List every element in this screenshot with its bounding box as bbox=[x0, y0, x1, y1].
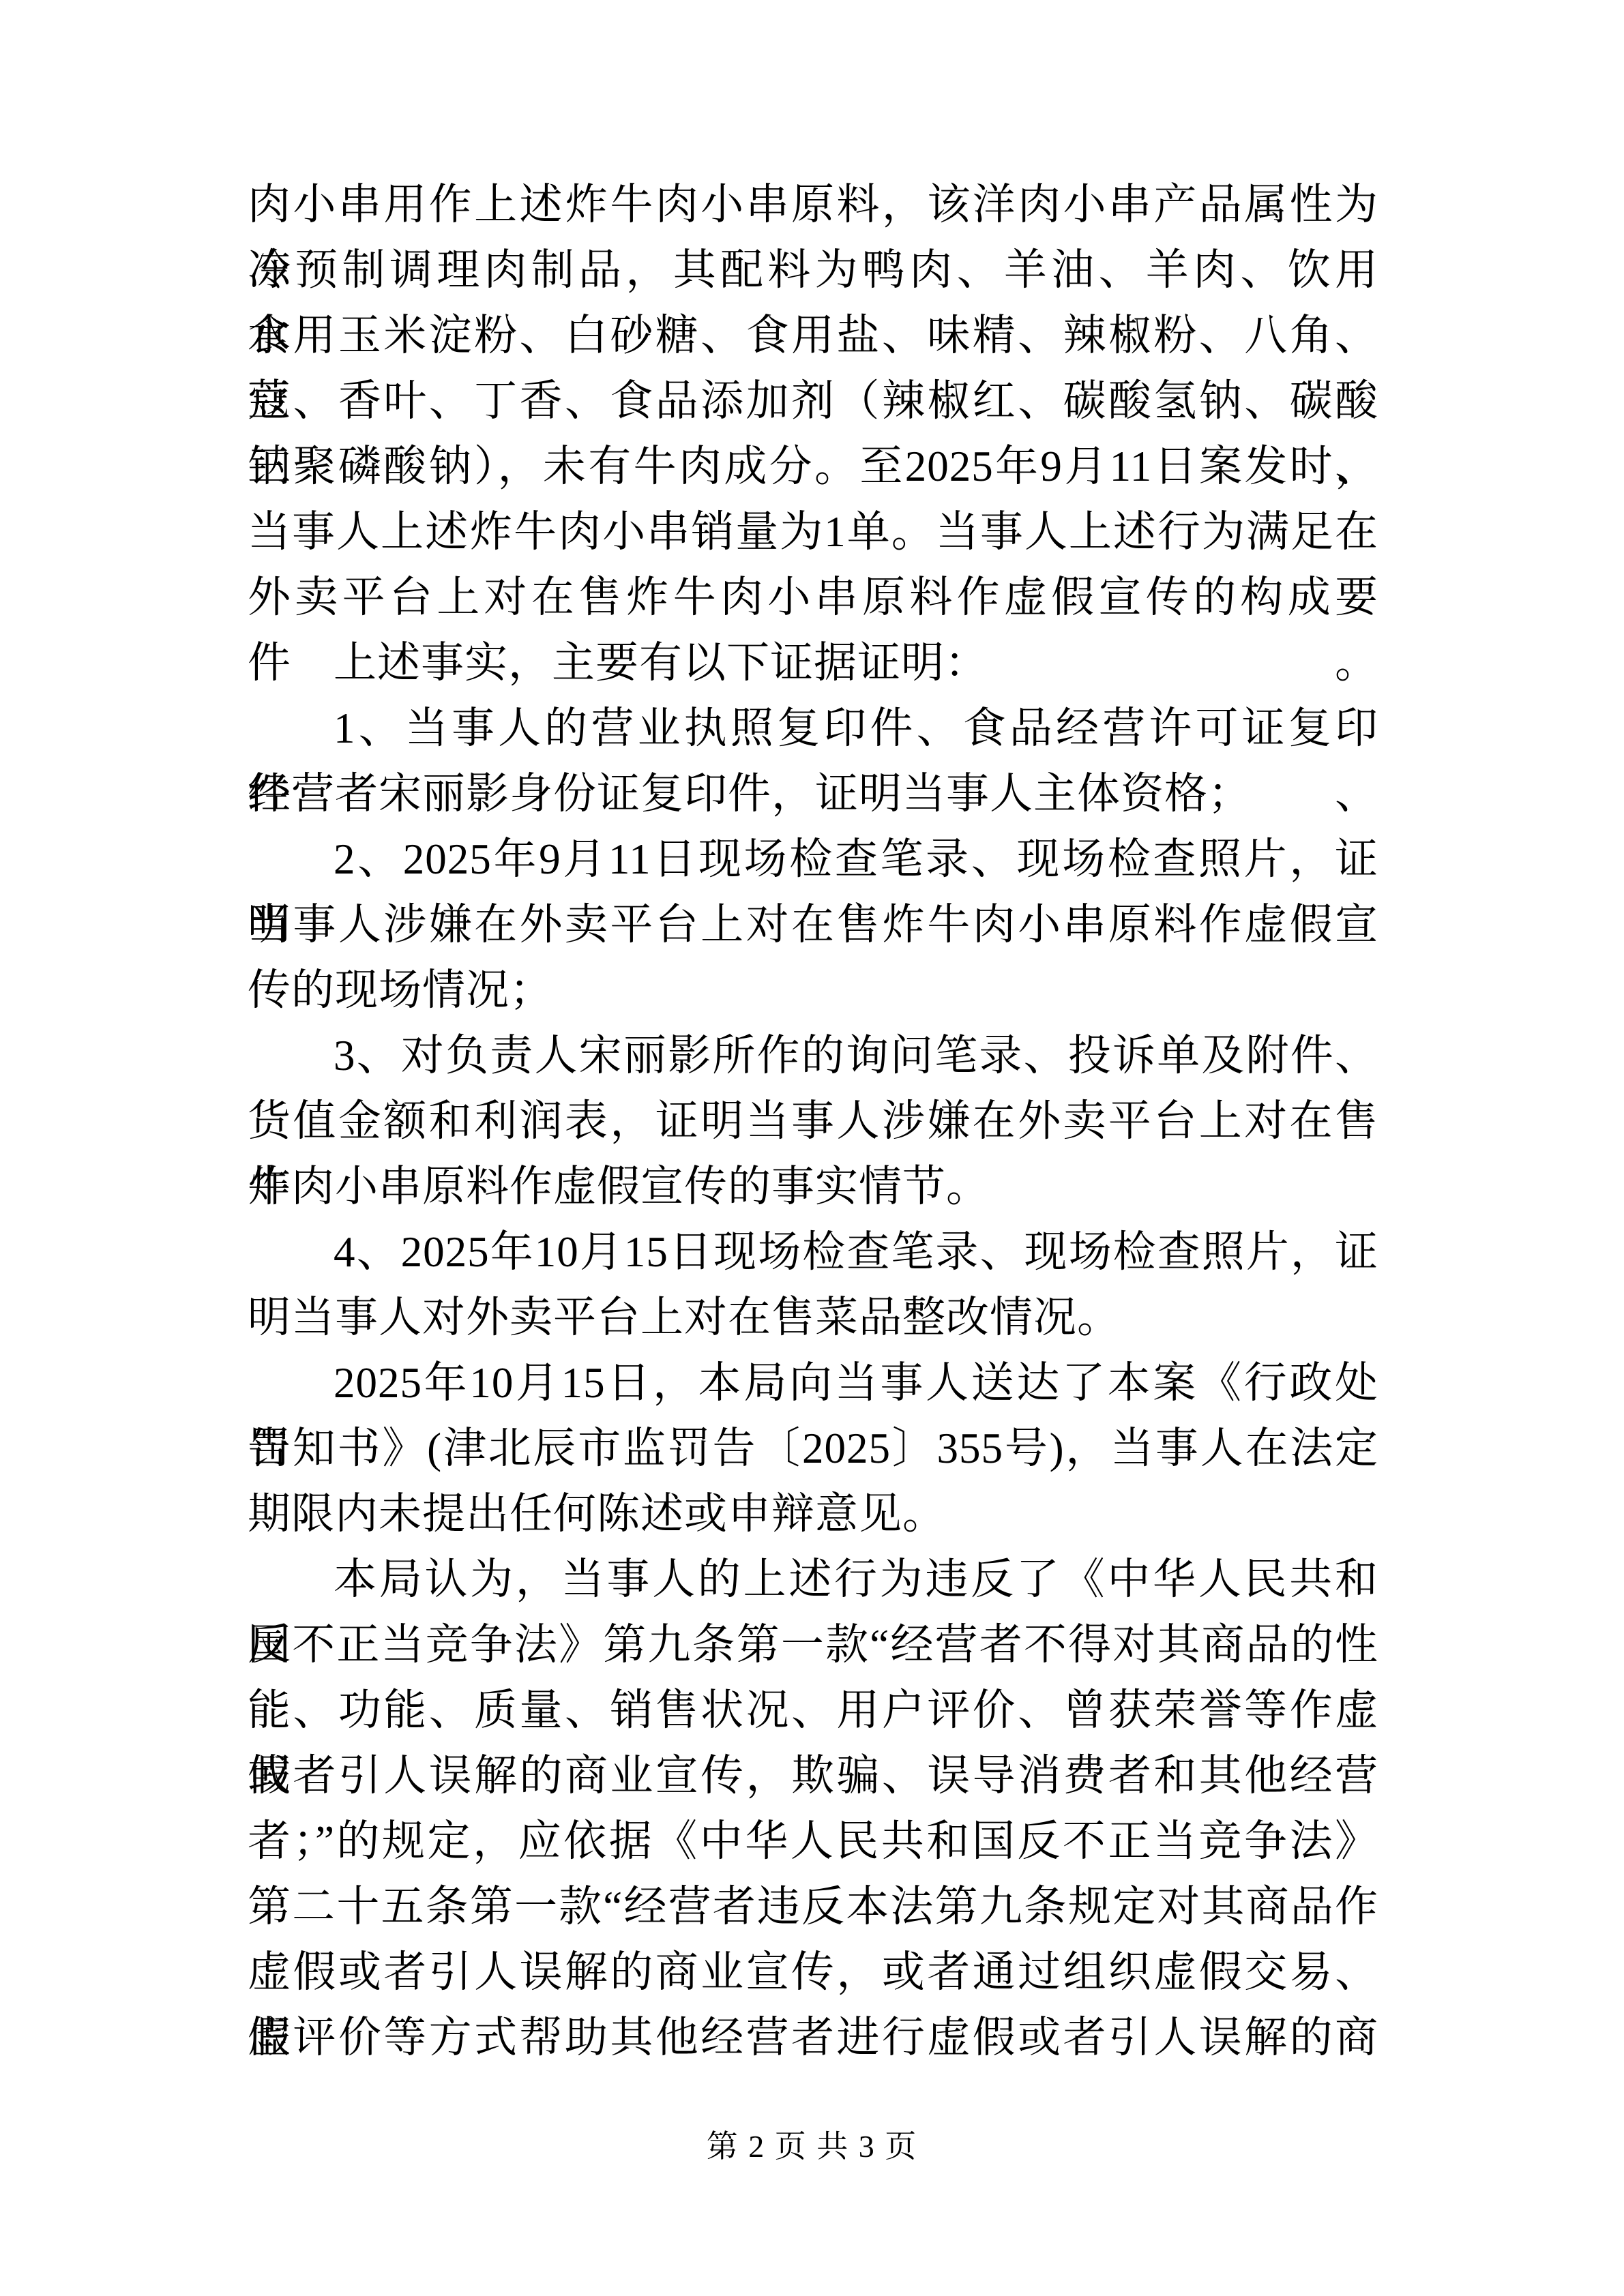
document-line: 期限内未提出任何陈述或申辩意见。 bbox=[248, 1481, 1378, 1547]
document-line: 当事人涉嫌在外卖平台上对在售炸牛肉小串原料作虚假宣 bbox=[248, 892, 1378, 957]
document-line: 反不正当竞争法》第九条第一款“经营者不得对其商品的性 bbox=[248, 1612, 1378, 1678]
document-line: 3、对负责人宋丽影所作的询问笔录、投诉单及附件、 bbox=[248, 1023, 1378, 1088]
document-line: 当事人上述炸牛肉小串销量为1单。当事人上述行为满足在 bbox=[248, 499, 1378, 565]
document-line: 经营者宋丽影身份证复印件，证明当事人主体资格； bbox=[248, 761, 1378, 826]
document-line: 外卖平台上对在售炸牛肉小串原料作虚假宣传的构成要件。 bbox=[248, 565, 1378, 630]
page-number-text: 第 2 页 共 3 页 bbox=[707, 2129, 918, 2164]
document-line: 货值金额和利润表，证明当事人涉嫌在外卖平台上对在售炸 bbox=[248, 1088, 1378, 1154]
document-line: 明当事人对外卖平台上对在售菜品整改情况。 bbox=[248, 1285, 1378, 1350]
page-footer: 第 2 页 共 3 页 bbox=[0, 2126, 1624, 2167]
document-line: 三聚磷酸钠），未有牛肉成分。至2025年9月11日案发时， bbox=[248, 434, 1378, 499]
document-line: 1、当事人的营业执照复印件、食品经营许可证复印件、 bbox=[248, 696, 1378, 761]
document-line: 传的现场情况； bbox=[248, 957, 1378, 1023]
document-line: 肉小串用作上述炸牛肉小串原料，该洋肉小串产品属性为冷 bbox=[248, 172, 1378, 237]
document-line: 蔻、香叶、丁香、食品添加剂（辣椒红、碳酸氢钠、碳酸钠、 bbox=[248, 368, 1378, 434]
document-line: 2、2025年9月11日现场检查笔录、现场检查照片，证明 bbox=[248, 826, 1378, 892]
document-line: 第二十五条第一款“经营者违反本法第九条规定对其商品作 bbox=[248, 1874, 1378, 1939]
document-line: 者；”的规定，应依据《中华人民共和国反不正当竞争法》 bbox=[248, 1808, 1378, 1874]
document-line: 2025年10月15日，本局向当事人送达了本案《行政处罚 bbox=[248, 1350, 1378, 1416]
document-line: 能、功能、质量、销售状况、用户评价、曾获荣誉等作虚假 bbox=[248, 1678, 1378, 1743]
document-line: 假评价等方式帮助其他经营者进行虚假或者引人误解的商 bbox=[248, 2005, 1378, 2070]
document-body: 肉小串用作上述炸牛肉小串原料，该洋肉小串产品属性为冷冻预制调理肉制品，其配料为鸭… bbox=[248, 172, 1378, 2070]
document-line: 虚假或者引人误解的商业宣传，或者通过组织虚假交易、虚 bbox=[248, 1939, 1378, 2005]
document-line: 或者引人误解的商业宣传，欺骗、误导消费者和其他经营 bbox=[248, 1743, 1378, 1808]
document-line: 本局认为，当事人的上述行为违反了《中华人民共和国 bbox=[248, 1547, 1378, 1612]
document-line: 牛肉小串原料作虚假宣传的事实情节。 bbox=[248, 1154, 1378, 1219]
document-line: 食用玉米淀粉、白砂糖、食用盐、味精、辣椒粉、八角、豆 bbox=[248, 303, 1378, 368]
document-page: 肉小串用作上述炸牛肉小串原料，该洋肉小串产品属性为冷冻预制调理肉制品，其配料为鸭… bbox=[0, 0, 1624, 2296]
document-line: 4、2025年10月15日现场检查笔录、现场检查照片，证 bbox=[248, 1219, 1378, 1285]
document-line: 冻预制调理肉制品，其配料为鸭肉、羊油、羊肉、饮用水、 bbox=[248, 237, 1378, 303]
document-line: 告知书》(津北辰市监罚告〔2025〕355号)，当事人在法定 bbox=[248, 1416, 1378, 1481]
